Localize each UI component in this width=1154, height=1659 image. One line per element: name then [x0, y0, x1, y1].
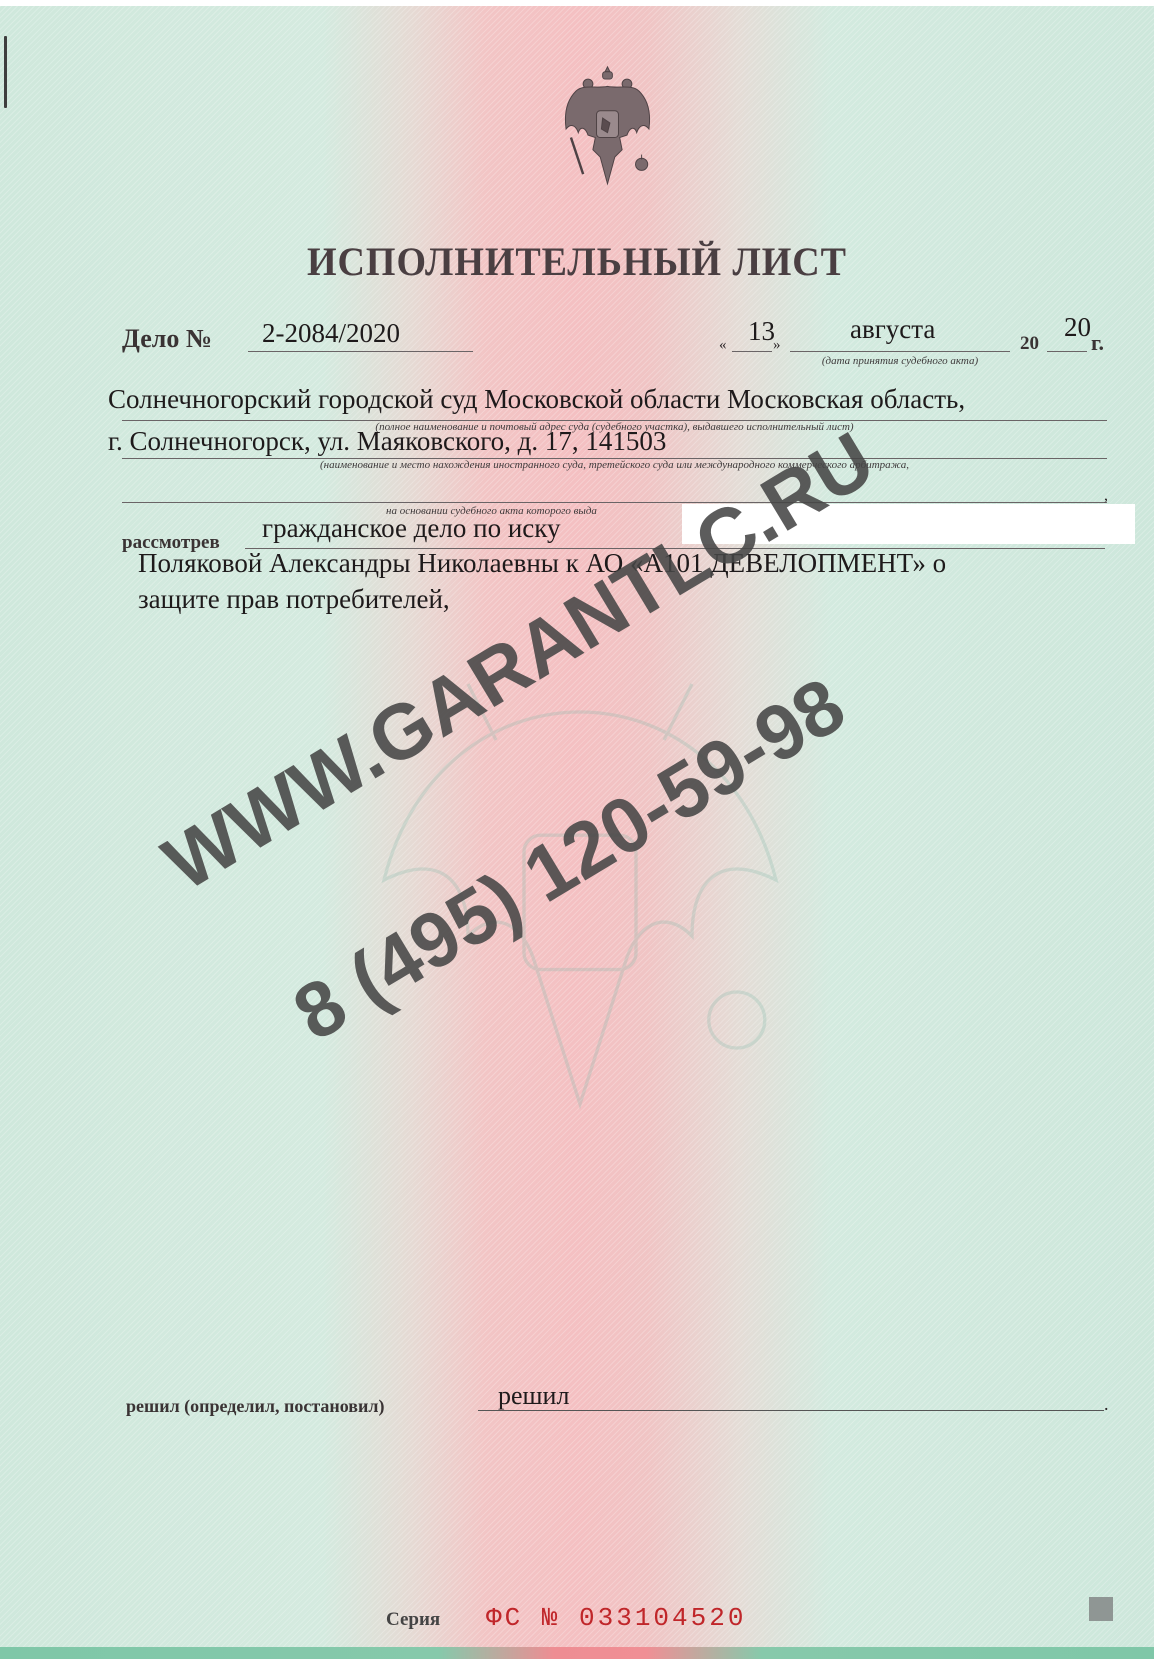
foreign-court-underline [122, 502, 1107, 503]
case-number-underline [248, 351, 473, 352]
date-year-underline [1047, 351, 1087, 352]
date-month: августа [850, 314, 935, 345]
date-close-quote: » [773, 337, 781, 354]
date-day-underline [732, 351, 772, 352]
decision-end: . [1104, 1394, 1109, 1415]
foreign-court-caption: (наименование и место нахождения иностра… [122, 459, 1107, 471]
margin-mark [4, 36, 7, 108]
date-year-label: г. [1091, 330, 1104, 356]
case-number-label: Дело № [122, 324, 212, 354]
foreign-court-comma: , [1104, 487, 1108, 505]
date-year-prefix: 20 [1020, 333, 1039, 355]
considered-text-line3: защите прав потребителей, [138, 584, 450, 615]
date-caption: (дата принятия судебного акта) [790, 355, 1010, 367]
coat-of-arms-icon [545, 62, 670, 196]
document-title: ИСПОЛНИТЕЛЬНЫЙ ЛИСТ [29, 238, 1125, 285]
considered-text-line1: гражданское дело по иску [262, 513, 561, 544]
decision-underline [478, 1410, 1104, 1411]
decision-label: решил (определил, постановил) [126, 1396, 385, 1417]
court-name-line: Солнечногорский городской суд Московской… [108, 384, 965, 415]
date-day: 13 [748, 316, 775, 347]
case-number-value: 2-2084/2020 [262, 318, 400, 349]
serial-number: ФС № 033104520 [486, 1603, 746, 1633]
considered-text-line2: Поляковой Александры Николаевны к АО «А1… [138, 548, 946, 579]
date-month-underline [790, 351, 1010, 352]
date-open-quote: « [719, 337, 727, 354]
court-address-line: г. Солнечногорск, ул. Маяковского, д. 17… [108, 426, 666, 457]
corner-mark [1089, 1597, 1113, 1621]
date-year-suffix: 20 [1064, 312, 1091, 343]
serial-label: Серия [386, 1609, 440, 1631]
bottom-color-strip [0, 1647, 1154, 1659]
decision-value: решил [498, 1381, 569, 1411]
